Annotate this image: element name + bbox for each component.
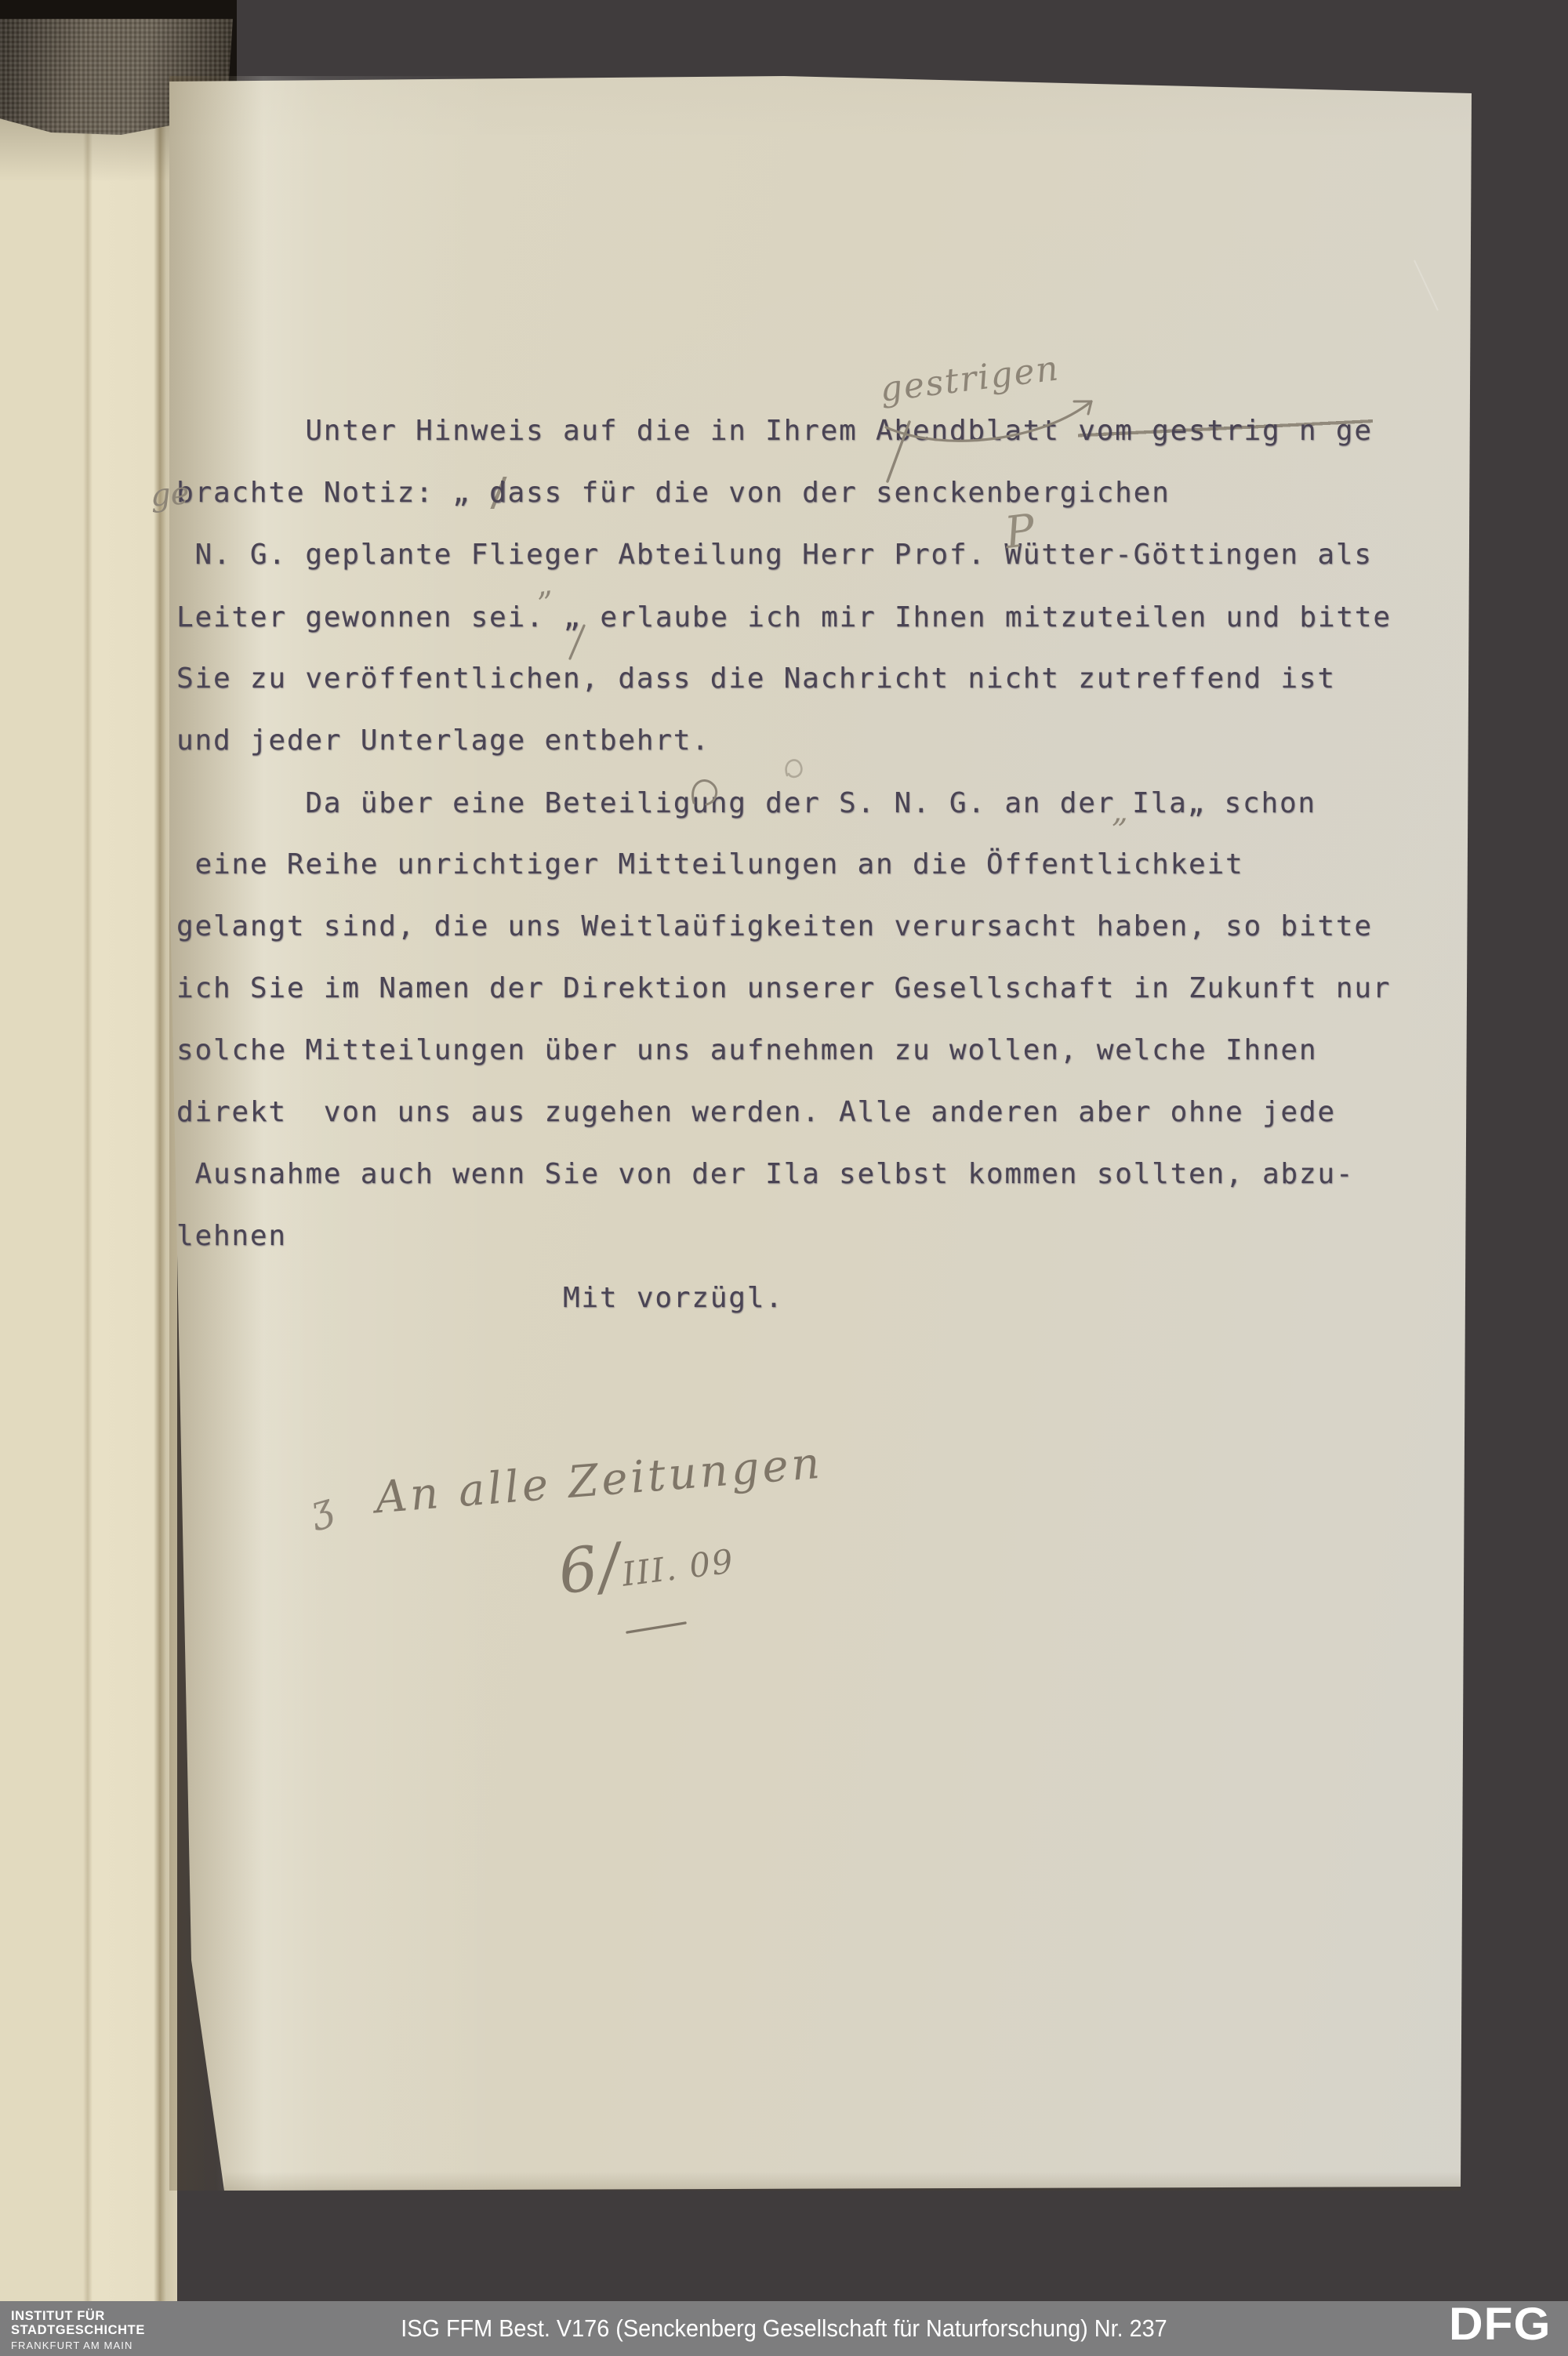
book-page-edges	[0, 72, 177, 2301]
letter-line: eine Reihe unrichtiger Mitteilungen an d…	[176, 833, 1392, 895]
letter-segment-typed: Ila„ schon	[1132, 787, 1316, 819]
letter-line: gelangt sind, die uns Weitlaüfigkeiten v…	[176, 895, 1392, 957]
letter-line: brachte Notiz: „ dass für die von der se…	[176, 462, 1392, 524]
page-bottom-shadow	[224, 2172, 1461, 2191]
letter-line: Ausnahme auch wenn Sie von der Ila selbs…	[176, 1143, 1392, 1205]
letter-line: Da über eine Beteiligung der S. N. G. an…	[176, 771, 1392, 833]
letter-segment-typed: eine Reihe unrichtiger Mitteilungen an d…	[176, 848, 1243, 880]
letter-body: Unter Hinweis auf die in Ihrem Abendblat…	[176, 400, 1392, 1329]
letter-segment-typed: ass für die von der senckenbergichen	[508, 477, 1171, 509]
letter-line: ich Sie im Namen der Direktion unserer G…	[176, 957, 1392, 1019]
archive-footer-bar: INSTITUT FÜR STADTGESCHICHTE FRANKFURT A…	[0, 2301, 1568, 2356]
letter-segment-hw-low: „	[1112, 781, 1129, 843]
letter-segment-strike: vom gestrig n ge	[1078, 415, 1373, 447]
letter-segment-typed: N. G. geplante Flieger Abteilung Herr Pr…	[176, 539, 1373, 571]
scan-viewport: Unter Hinweis auf die in Ihrem Abendblat…	[0, 0, 1568, 2356]
letter-segment-typed: gelangt sind, die uns Weitlaüfigkeiten v…	[176, 910, 1373, 942]
letter-segment-typed: direkt von uns aus zugehen werden. Alle …	[176, 1096, 1336, 1128]
letter-segment-typed: Da über eine Beteiligung der S. N. G. an…	[176, 787, 1115, 819]
letter-segment-typed: Sie zu veröffentlichen, dass die Nachric…	[176, 663, 1336, 695]
letter-line: Sie zu veröffentlichen, dass die Nachric…	[176, 648, 1392, 710]
letter-line: Leiter gewonnen sei.”„ erlaube ich mir I…	[176, 586, 1392, 648]
letter-segment-typed: Unter Hinweis auf die in Ihrem Abendblat…	[176, 415, 1078, 447]
letter-segment-typed: Ausnahme auch wenn Sie von der Ila selbs…	[176, 1158, 1354, 1190]
letter-line: solche Mitteilungen über uns aufnehmen z…	[176, 1019, 1392, 1081]
letter-line: direkt von uns aus zugehen werden. Alle …	[176, 1081, 1392, 1143]
letter-segment-overstruck: d	[489, 477, 507, 509]
letter-segment-typed: Leiter gewonnen sei.	[176, 601, 544, 633]
archive-reference: ISG FFM Best. V176 (Senckenberg Gesellsc…	[55, 2314, 1513, 2343]
letter-line: Mit vorzügl.	[176, 1267, 1392, 1329]
letter-segment-typed: und jeder Unterlage entbehrt.	[176, 724, 710, 757]
letter-segment-typed: ich Sie im Namen der Direktion unserer G…	[176, 972, 1391, 1004]
letter-line: N. G. geplante Flieger Abteilung Herr Pr…	[176, 524, 1392, 586]
letter-line: und jeder Unterlage entbehrt.	[176, 710, 1392, 771]
letter-segment-typed: „ erlaube ich mir Ihnen mitzuteilen und …	[563, 601, 1391, 633]
letter-line: lehnen	[176, 1205, 1392, 1267]
letter-segment-typed: brachte Notiz: „	[176, 477, 489, 509]
dfg-logo: DFG	[1449, 2298, 1551, 2351]
letter-segment-typed: lehnen	[176, 1220, 287, 1252]
letter-segment-typed: Mit vorzügl.	[176, 1282, 784, 1314]
letter-segment-typed: solche Mitteilungen über uns aufnehmen z…	[176, 1034, 1317, 1066]
letter-line: Unter Hinweis auf die in Ihrem Abendblat…	[176, 400, 1392, 462]
